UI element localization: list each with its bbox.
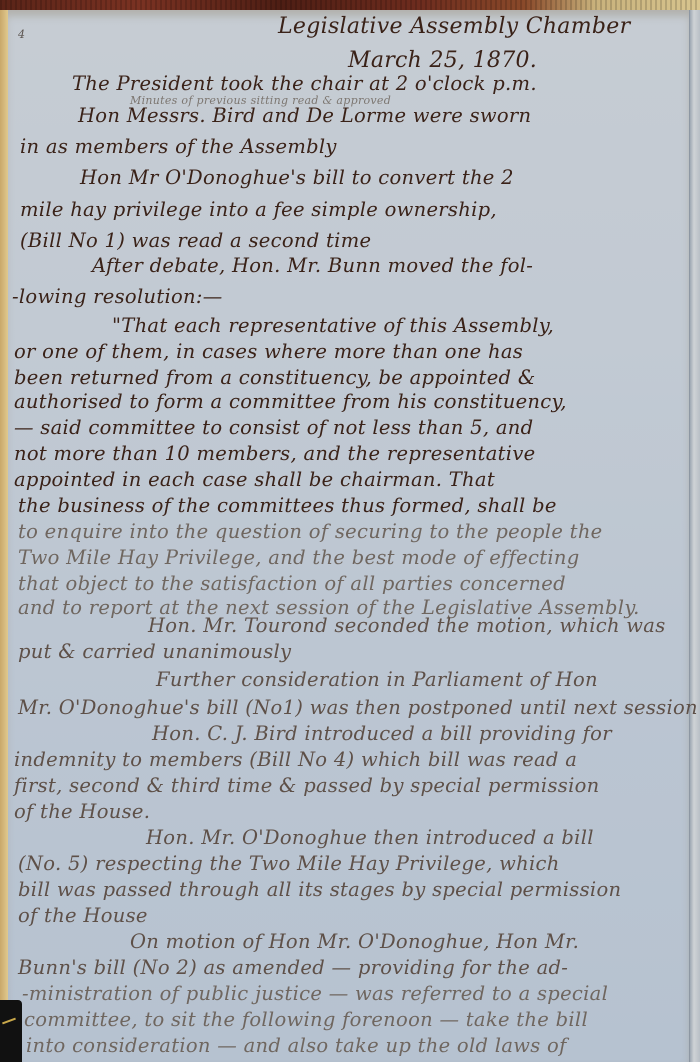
text-line: The President took the chair at 2 o'cloc… [72, 72, 537, 95]
text-line: (Bill No 1) was read a second time [20, 229, 371, 252]
text-line: of the House. [14, 800, 150, 823]
text-line: Hon Mr O'Donoghue's bill to convert the … [80, 166, 514, 189]
text-line: After debate, Hon. Mr. Bunn moved the fo… [92, 254, 533, 277]
text-line: bill was passed through all its stages b… [18, 878, 621, 901]
text-line: appointed in each case shall be chairman… [14, 468, 495, 491]
text-line: first, second & third time & passed by s… [14, 774, 600, 797]
text-line: Hon Messrs. Bird and De Lorme were sworn [78, 104, 531, 127]
text-line: into consideration — and also take up th… [26, 1034, 567, 1057]
text-line: been returned from a constituency, be ap… [14, 366, 535, 389]
text-line: Mr. O'Donoghue's bill (No1) was then pos… [18, 696, 698, 719]
text-line: On motion of Hon Mr. O'Donoghue, Hon Mr. [130, 930, 579, 953]
text-line: — said committee to consist of not less … [14, 416, 533, 439]
text-line: Further consideration in Parliament of H… [156, 668, 598, 691]
text-line: committee, to sit the following forenoon… [24, 1008, 588, 1031]
heading-place: Legislative Assembly Chamber [278, 14, 630, 39]
text-line: Hon. Mr. Tourond seconded the motion, wh… [148, 614, 666, 637]
heading-date: March 25, 1870. [348, 48, 537, 73]
text-line: not more than 10 members, and the repres… [14, 442, 536, 465]
text-line: -lowing resolution:— [12, 285, 223, 308]
book-left-edge [0, 10, 8, 1062]
page-number: 4 [18, 28, 25, 41]
text-line: "That each representative of this Assemb… [112, 314, 554, 337]
text-line: put & carried unanimously [18, 640, 291, 663]
text-line: Bunn's bill (No 2) as amended — providin… [18, 956, 568, 979]
text-line: Two Mile Hay Privilege, and the best mod… [18, 546, 580, 569]
text-line: authorised to form a committee from his … [14, 390, 567, 413]
text-line: the business of the committees thus form… [18, 494, 557, 517]
binder-clip [0, 1000, 22, 1062]
text-line: Hon. Mr. O'Donoghue then introduced a bi… [146, 826, 594, 849]
text-line: that object to the satisfaction of all p… [18, 572, 566, 595]
text-line: Hon. C. J. Bird introduced a bill provid… [152, 722, 612, 745]
text-line: in as members of the Assembly [20, 135, 337, 158]
page-gutter-edge [689, 10, 700, 1062]
text-line: indemnity to members (Bill No 4) which b… [14, 748, 577, 771]
text-line: to enquire into the question of securing… [18, 520, 603, 543]
text-line: or one of them, in cases where more than… [14, 340, 523, 363]
text-line: (No. 5) respecting the Two Mile Hay Priv… [18, 852, 560, 875]
text-line: of the House [18, 904, 148, 927]
text-line: -ministration of public justice — was re… [22, 982, 608, 1005]
text-line: mile hay privilege into a fee simple own… [20, 198, 497, 221]
